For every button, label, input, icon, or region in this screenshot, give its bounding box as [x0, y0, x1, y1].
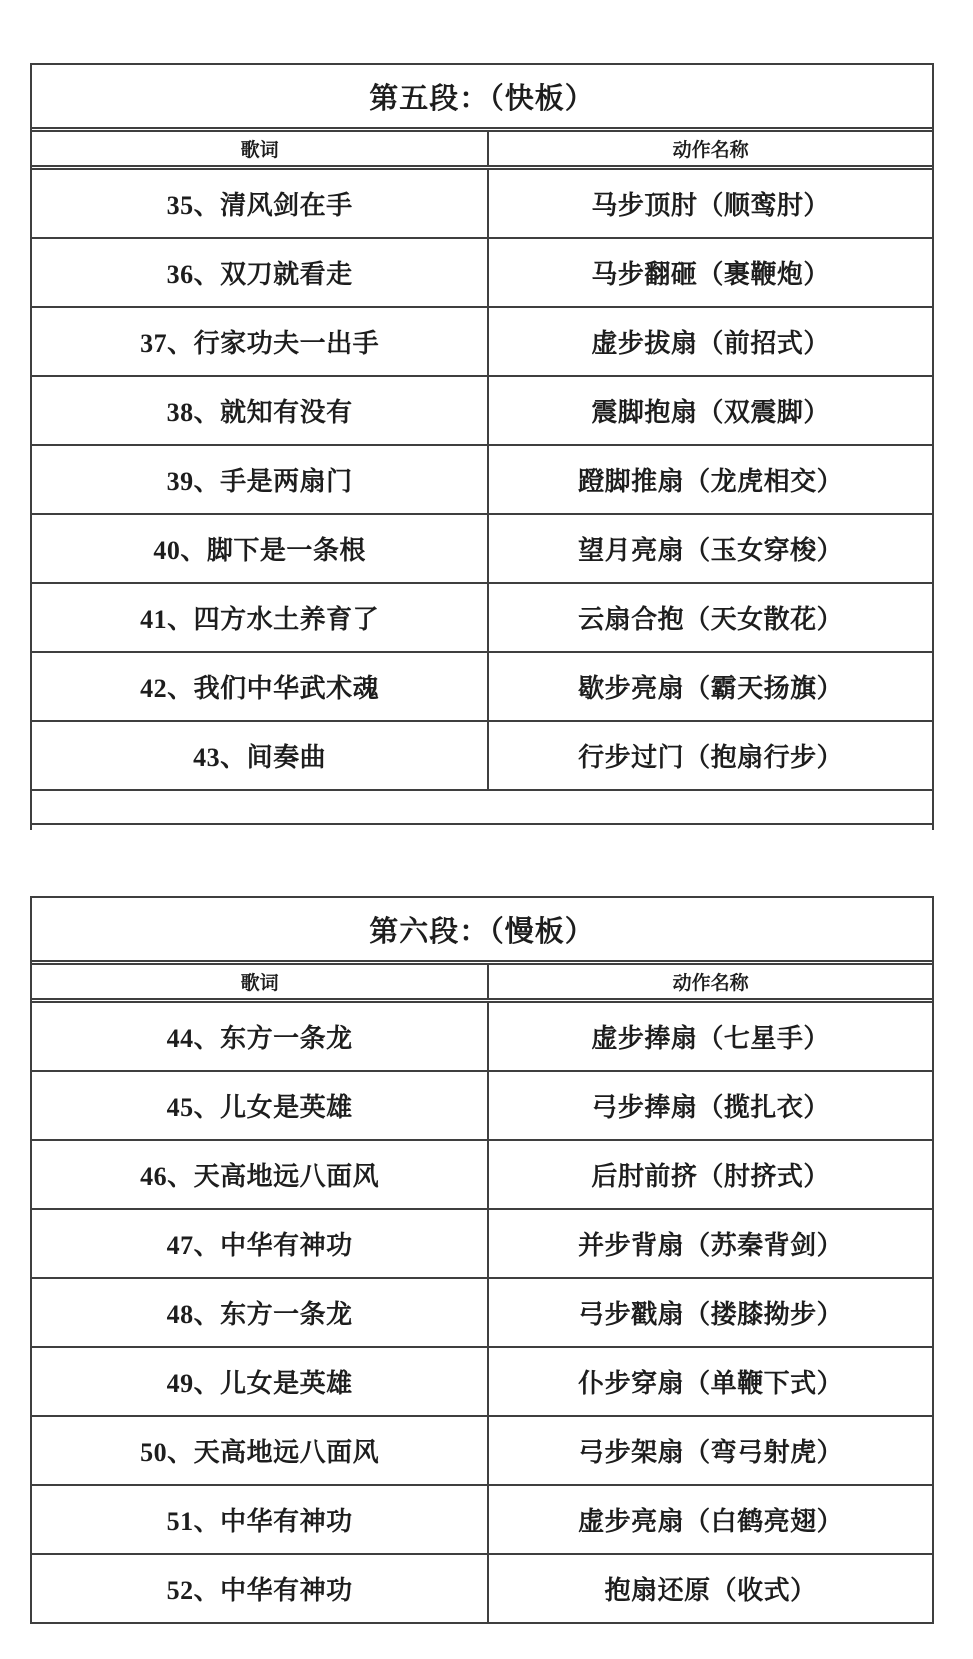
lyric-cell: 48、东方一条龙 [32, 1279, 489, 1346]
lyric-cell: 51、中华有神功 [32, 1486, 489, 1553]
section-title-text: 第六段：（慢板） [369, 909, 595, 950]
table-row: 48、东方一条龙 弓步戳扇（搂膝拗步） [32, 1277, 932, 1346]
action-cell: 仆步穿扇（单鞭下式） [489, 1348, 932, 1415]
lyric-cell: 37、行家功夫一出手 [32, 308, 489, 375]
table-row: 37、行家功夫一出手 虚步拔扇（前招式） [32, 306, 932, 375]
lyric-cell: 50、天高地远八面风 [32, 1417, 489, 1484]
lyric-cell: 38、就知有没有 [32, 377, 489, 444]
action-cell: 虚步拔扇（前招式） [489, 308, 932, 375]
section-title-text: 第五段：（快板） [369, 76, 595, 117]
column-header-actions: 动作名称 [489, 132, 932, 165]
lyric-cell: 47、中华有神功 [32, 1210, 489, 1277]
table-row: 38、就知有没有 震脚抱扇（双震脚） [32, 375, 932, 444]
action-cell: 歇步亮扇（霸天扬旗） [489, 653, 932, 720]
column-header-lyrics: 歌词 [32, 132, 489, 165]
section-table-5: 第五段：（快板） 歌词 动作名称 35、清风剑在手 马步顶肘（顺鸾肘） 36、双… [30, 63, 934, 830]
lyric-cell: 45、儿女是英雄 [32, 1072, 489, 1139]
action-cell: 后肘前挤（肘挤式） [489, 1141, 932, 1208]
lyric-cell: 41、四方水土养育了 [32, 584, 489, 651]
lyric-cell: 44、东方一条龙 [32, 1003, 489, 1070]
table-row: 51、中华有神功 虚步亮扇（白鹤亮翅） [32, 1484, 932, 1553]
table-row: 43、间奏曲 行步过门（抱扇行步） [32, 720, 932, 789]
table-row: 44、东方一条龙 虚步捧扇（七星手） [32, 1003, 932, 1070]
action-cell: 弓步架扇（弯弓射虎） [489, 1417, 932, 1484]
action-cell: 望月亮扇（玉女穿梭） [489, 515, 932, 582]
table-header-row: 歌词 动作名称 [32, 965, 932, 1003]
column-header-lyrics: 歌词 [32, 965, 489, 998]
table-row: 42、我们中华武术魂 歇步亮扇（霸天扬旗） [32, 651, 932, 720]
action-cell: 马步顶肘（顺鸾肘） [489, 170, 932, 237]
empty-row [32, 789, 932, 823]
action-cell: 弓步戳扇（搂膝拗步） [489, 1279, 932, 1346]
lyric-cell: 35、清风剑在手 [32, 170, 489, 237]
action-cell: 并步背扇（苏秦背剑） [489, 1210, 932, 1277]
lyric-cell: 52、中华有神功 [32, 1555, 489, 1622]
table-row: 50、天高地远八面风 弓步架扇（弯弓射虎） [32, 1415, 932, 1484]
action-cell: 虚步捧扇（七星手） [489, 1003, 932, 1070]
action-cell: 云扇合抱（天女散花） [489, 584, 932, 651]
table-row: 36、双刀就看走 马步翻砸（裹鞭炮） [32, 237, 932, 306]
action-cell: 蹬脚推扇（龙虎相交） [489, 446, 932, 513]
action-cell: 行步过门（抱扇行步） [489, 722, 932, 789]
action-cell: 马步翻砸（裹鞭炮） [489, 239, 932, 306]
lyric-cell: 49、儿女是英雄 [32, 1348, 489, 1415]
table-header-row: 歌词 动作名称 [32, 132, 932, 170]
table-row: 40、脚下是一条根 望月亮扇（玉女穿梭） [32, 513, 932, 582]
table-row: 47、中华有神功 并步背扇（苏秦背剑） [32, 1208, 932, 1277]
lyric-cell: 36、双刀就看走 [32, 239, 489, 306]
table-row: 52、中华有神功 抱扇还原（收式） [32, 1553, 932, 1622]
column-header-actions: 动作名称 [489, 965, 932, 998]
section-table-6: 第六段：（慢板） 歌词 动作名称 44、东方一条龙 虚步捧扇（七星手） 45、儿… [30, 896, 934, 1624]
table-row: 39、手是两扇门 蹬脚推扇（龙虎相交） [32, 444, 932, 513]
section-title: 第六段：（慢板） [32, 898, 932, 965]
lyric-cell: 43、间奏曲 [32, 722, 489, 789]
action-cell: 弓步捧扇（揽扎衣） [489, 1072, 932, 1139]
lyric-cell: 40、脚下是一条根 [32, 515, 489, 582]
section-title: 第五段：（快板） [32, 65, 932, 132]
table-row: 45、儿女是英雄 弓步捧扇（揽扎衣） [32, 1070, 932, 1139]
table-row: 35、清风剑在手 马步顶肘（顺鸾肘） [32, 170, 932, 237]
action-cell: 震脚抱扇（双震脚） [489, 377, 932, 444]
table-row: 41、四方水土养育了 云扇合抱（天女散花） [32, 582, 932, 651]
lyric-cell: 39、手是两扇门 [32, 446, 489, 513]
table-row: 46、天高地远八面风 后肘前挤（肘挤式） [32, 1139, 932, 1208]
lyric-cell: 46、天高地远八面风 [32, 1141, 489, 1208]
action-cell: 虚步亮扇（白鹤亮翅） [489, 1486, 932, 1553]
cutoff-row-sliver [32, 823, 932, 830]
action-cell: 抱扇还原（收式） [489, 1555, 932, 1622]
lyric-cell: 42、我们中华武术魂 [32, 653, 489, 720]
table-row: 49、儿女是英雄 仆步穿扇（单鞭下式） [32, 1346, 932, 1415]
